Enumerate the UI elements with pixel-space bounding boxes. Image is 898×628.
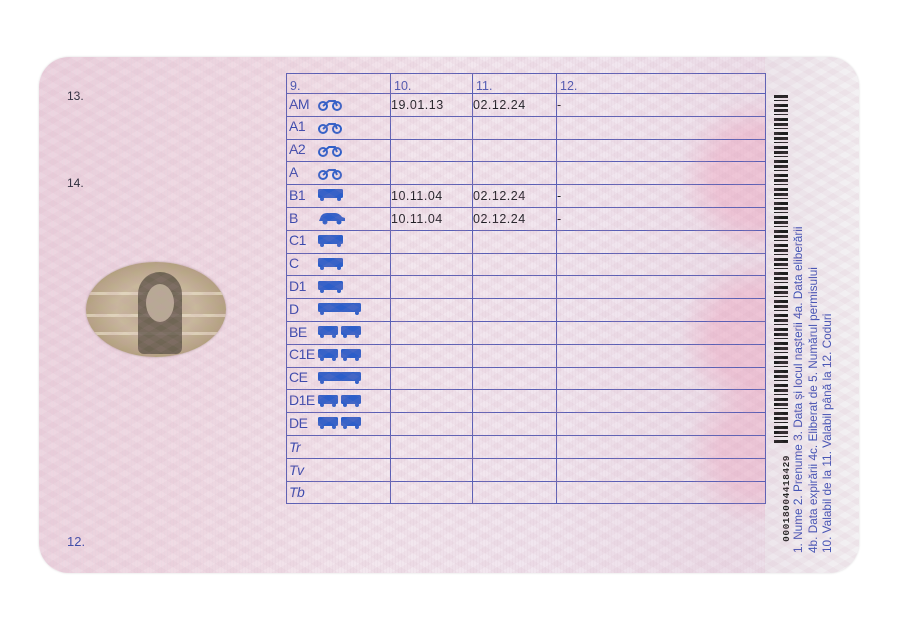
table-row: C1E — [287, 344, 766, 367]
valid-from-cell — [391, 458, 473, 481]
valid-until-cell — [473, 162, 557, 185]
table-row: CE — [287, 367, 766, 390]
field-14-label: 14. — [67, 176, 84, 190]
car-icon — [317, 210, 347, 228]
codes-cell: - — [557, 185, 766, 208]
light-truck-trailer-icon — [317, 347, 365, 365]
truck-icon — [317, 256, 347, 274]
valid-until-cell — [473, 458, 557, 481]
category-cell: Tb — [287, 481, 391, 504]
table-row: BE — [287, 321, 766, 344]
valid-from-cell — [391, 435, 473, 458]
field-12-label: 12. — [67, 534, 85, 549]
category-code: A2 — [287, 141, 317, 157]
valid-until-cell: 02.12.24 — [473, 94, 557, 117]
legend-line-3: 10. Valabil de la 11. Valabil până la 12… — [820, 93, 835, 553]
articulated-truck-icon — [317, 370, 365, 388]
category-code: B — [287, 210, 317, 226]
light-motorcycle-icon — [317, 119, 343, 137]
light-truck-icon — [317, 233, 347, 251]
codes-cell — [557, 435, 766, 458]
category-cell: Tv — [287, 458, 391, 481]
codes-cell — [557, 230, 766, 253]
category-code: C1 — [287, 232, 317, 248]
category-code: DE — [287, 415, 317, 431]
category-code: A — [287, 164, 317, 180]
valid-until-cell — [473, 230, 557, 253]
category-code: C — [287, 255, 317, 271]
valid-from-cell — [391, 481, 473, 504]
minibus-icon — [317, 279, 347, 297]
table-row: D1 — [287, 276, 766, 299]
valid-from-cell: 10.11.04 — [391, 185, 473, 208]
table-row: Tb — [287, 481, 766, 504]
category-cell: D — [287, 299, 391, 322]
valid-until-cell — [473, 367, 557, 390]
codes-cell — [557, 390, 766, 413]
codes-cell — [557, 139, 766, 162]
valid-until-cell — [473, 481, 557, 504]
car-trailer-icon — [317, 324, 365, 342]
table-row: A — [287, 162, 766, 185]
valid-from-cell — [391, 413, 473, 436]
codes-cell — [557, 116, 766, 139]
category-cell: Tr — [287, 435, 391, 458]
valid-from-cell — [391, 299, 473, 322]
codes-cell — [557, 253, 766, 276]
table-row: Tr — [287, 435, 766, 458]
valid-until-cell: 02.12.24 — [473, 207, 557, 230]
table-row: C1 — [287, 230, 766, 253]
category-cell: A — [287, 162, 391, 185]
ghost-photo — [86, 262, 226, 357]
category-cell: B1 — [287, 185, 391, 208]
table-row: B110.11.0402.12.24- — [287, 185, 766, 208]
legend-line-2: 4b. Data expirării 4c. Eliberat de 5. Nu… — [806, 93, 821, 553]
valid-from-cell: 10.11.04 — [391, 207, 473, 230]
valid-from-cell — [391, 162, 473, 185]
header-11: 11. — [473, 74, 557, 94]
category-cell: A1 — [287, 116, 391, 139]
valid-from-cell — [391, 139, 473, 162]
valid-from-cell: 19.01.13 — [391, 94, 473, 117]
valid-until-cell — [473, 299, 557, 322]
minibus-trailer-icon — [317, 393, 365, 411]
category-code: D1E — [287, 392, 317, 408]
valid-from-cell — [391, 321, 473, 344]
header-10: 10. — [391, 74, 473, 94]
category-code: Tb — [287, 484, 317, 500]
codes-cell — [557, 413, 766, 436]
table-row: A2 — [287, 139, 766, 162]
valid-until-cell — [473, 276, 557, 299]
category-cell: AM — [287, 94, 391, 117]
codes-cell — [557, 458, 766, 481]
valid-until-cell — [473, 390, 557, 413]
heavy-motorcycle-icon — [317, 165, 343, 183]
valid-until-cell: 02.12.24 — [473, 185, 557, 208]
table-row: C — [287, 253, 766, 276]
valid-from-cell — [391, 390, 473, 413]
category-cell: C1E — [287, 344, 391, 367]
category-code: AM — [287, 96, 317, 112]
category-cell: DE — [287, 413, 391, 436]
valid-from-cell — [391, 253, 473, 276]
category-cell: C1 — [287, 230, 391, 253]
categories-table: 9. 10. 11. 12. AM19.01.1302.12.24-A1A2AB… — [286, 73, 766, 504]
header-9: 9. — [287, 74, 391, 94]
category-code: B1 — [287, 187, 317, 203]
motorcycle-icon — [317, 142, 343, 160]
table-row: DE — [287, 413, 766, 436]
codes-cell: - — [557, 94, 766, 117]
codes-cell — [557, 481, 766, 504]
valid-until-cell — [473, 435, 557, 458]
category-code: D1 — [287, 278, 317, 294]
valid-from-cell — [391, 276, 473, 299]
category-code: BE — [287, 324, 317, 340]
field-13-label: 13. — [67, 89, 84, 103]
codes-cell — [557, 299, 766, 322]
codes-cell — [557, 367, 766, 390]
table-row: B10.11.0402.12.24- — [287, 207, 766, 230]
codes-cell — [557, 321, 766, 344]
table-row: AM19.01.1302.12.24- — [287, 94, 766, 117]
codes-cell — [557, 162, 766, 185]
barcode — [774, 95, 788, 445]
valid-from-cell — [391, 230, 473, 253]
table-row: Tv — [287, 458, 766, 481]
category-code: A1 — [287, 118, 317, 134]
valid-from-cell — [391, 367, 473, 390]
legend-line-1: 1. Nume 2. Prenume 3. Data și locul nașt… — [791, 93, 806, 553]
table-row: A1 — [287, 116, 766, 139]
moped-icon — [317, 96, 343, 114]
table-row: D — [287, 299, 766, 322]
category-code: D — [287, 301, 317, 317]
van-icon — [317, 187, 347, 205]
valid-until-cell — [473, 413, 557, 436]
bus-icon — [317, 301, 365, 319]
valid-from-cell — [391, 116, 473, 139]
category-code: CE — [287, 369, 317, 385]
table-row: D1E — [287, 390, 766, 413]
category-code: Tr — [287, 439, 317, 455]
category-cell: B — [287, 207, 391, 230]
valid-until-cell — [473, 344, 557, 367]
category-cell: C — [287, 253, 391, 276]
category-cell: D1 — [287, 276, 391, 299]
valid-until-cell — [473, 139, 557, 162]
table-header-row: 9. 10. 11. 12. — [287, 74, 766, 94]
codes-cell — [557, 276, 766, 299]
codes-cell: - — [557, 207, 766, 230]
category-cell: D1E — [287, 390, 391, 413]
header-12: 12. — [557, 74, 766, 94]
category-code: C1E — [287, 346, 317, 362]
category-code: Tv — [287, 462, 317, 478]
valid-until-cell — [473, 321, 557, 344]
valid-until-cell — [473, 253, 557, 276]
valid-until-cell — [473, 116, 557, 139]
category-cell: CE — [287, 367, 391, 390]
licence-card: 13. 14. 12. 9. 10. 11. 12. AM19.01.1302.… — [39, 57, 859, 573]
field-legend: 1. Nume 2. Prenume 3. Data și locul nașt… — [791, 93, 835, 553]
bus-trailer-icon — [317, 415, 365, 433]
codes-cell — [557, 344, 766, 367]
category-cell: A2 — [287, 139, 391, 162]
category-cell: BE — [287, 321, 391, 344]
valid-from-cell — [391, 344, 473, 367]
